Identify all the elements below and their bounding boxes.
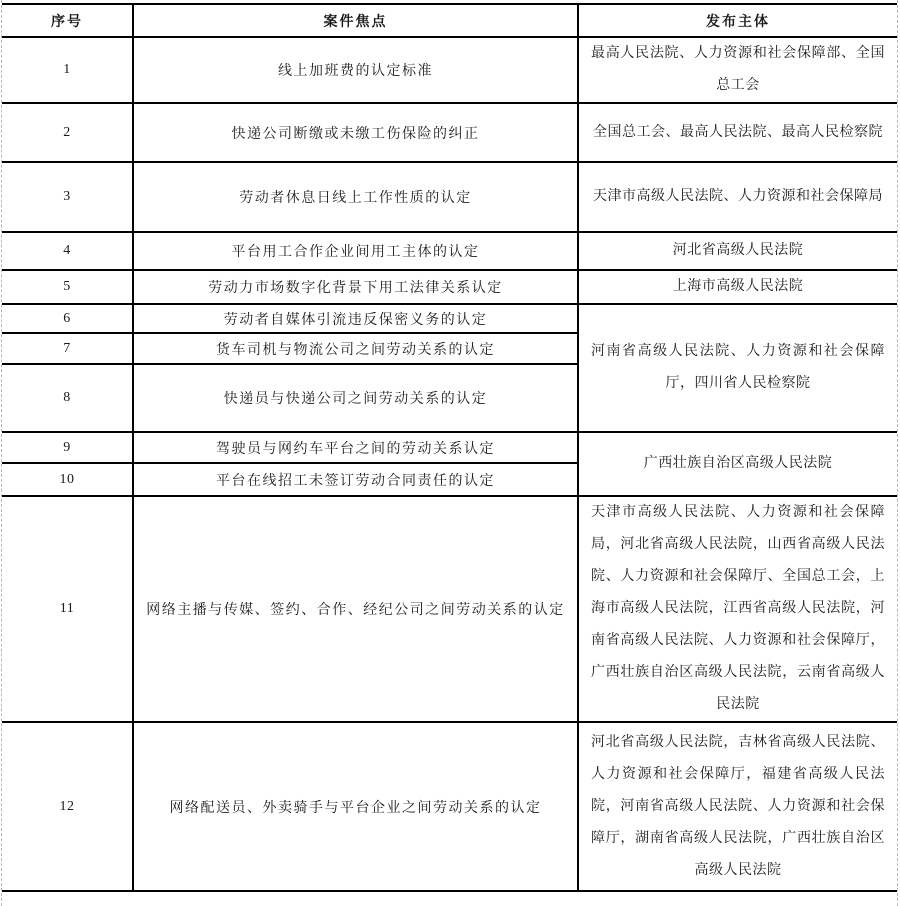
cell-focus: 网络配送员、外卖骑手与平台企业之间劳动关系的认定 (133, 722, 578, 891)
cell-no: 7 (2, 333, 133, 364)
table-row: 4 平台用工合作企业间用工主体的认定 河北省高级人民法院 (2, 232, 897, 270)
table-row: 5 劳动力市场数字化背景下用工法律关系认定 上海市高级人民法院 (2, 270, 897, 304)
cell-focus: 驾驶员与网约车平台之间的劳动关系认定 (133, 432, 578, 463)
cell-no: 5 (2, 270, 133, 304)
table-row: 3 劳动者休息日线上工作性质的认定 天津市高级人民法院、人力资源和社会保障局 (2, 162, 897, 232)
table-row: 12 网络配送员、外卖骑手与平台企业之间劳动关系的认定 河北省高级人民法院，吉林… (2, 722, 897, 891)
cell-no: 11 (2, 496, 133, 722)
cell-publisher: 最高人民法院、人力资源和社会保障部、全国总工会 (578, 37, 897, 103)
page-gridline-right (897, 0, 898, 906)
table-row: 1 线上加班费的认定标准 最高人民法院、人力资源和社会保障部、全国总工会 (2, 37, 897, 103)
cell-publisher: 河北省高级人民法院 (578, 232, 897, 270)
cell-focus: 平台用工合作企业间用工主体的认定 (133, 232, 578, 270)
cell-focus: 劳动者休息日线上工作性质的认定 (133, 162, 578, 232)
cell-focus: 劳动力市场数字化背景下用工法律关系认定 (133, 270, 578, 304)
cell-focus: 线上加班费的认定标准 (133, 37, 578, 103)
cell-no: 12 (2, 722, 133, 891)
cases-table: 序号 案件焦点 发布主体 1 线上加班费的认定标准 最高人民法院、人力资源和社会… (2, 3, 897, 892)
cell-no: 10 (2, 463, 133, 496)
cell-publisher: 天津市高级人民法院、人力资源和社会保障局 (578, 162, 897, 232)
cell-focus: 快递公司断缴或未缴工伤保险的纠正 (133, 103, 578, 162)
table-row: 6 劳动者自媒体引流违反保密义务的认定 河南省高级人民法院、人力资源和社会保障厅… (2, 304, 897, 333)
cell-publisher: 天津市高级人民法院、人力资源和社会保障局，河北省高级人民法院，山西省高级人民法院… (578, 496, 897, 722)
cell-no: 1 (2, 37, 133, 103)
cell-focus: 劳动者自媒体引流违反保密义务的认定 (133, 304, 578, 333)
cell-publisher: 全国总工会、最高人民法院、最高人民检察院 (578, 103, 897, 162)
header-cell-focus: 案件焦点 (133, 4, 578, 37)
document-page: 序号 案件焦点 发布主体 1 线上加班费的认定标准 最高人民法院、人力资源和社会… (0, 0, 900, 906)
cell-focus: 平台在线招工未签订劳动合同责任的认定 (133, 463, 578, 496)
header-row: 序号 案件焦点 发布主体 (2, 4, 897, 37)
header-cell-no: 序号 (2, 4, 133, 37)
cell-no: 2 (2, 103, 133, 162)
cell-focus: 网络主播与传媒、签约、合作、经纪公司之间劳动关系的认定 (133, 496, 578, 722)
table-row: 11 网络主播与传媒、签约、合作、经纪公司之间劳动关系的认定 天津市高级人民法院… (2, 496, 897, 722)
cell-focus: 快递员与快递公司之间劳动关系的认定 (133, 364, 578, 432)
cell-no: 8 (2, 364, 133, 432)
table-row: 2 快递公司断缴或未缴工伤保险的纠正 全国总工会、最高人民法院、最高人民检察院 (2, 103, 897, 162)
cell-no: 9 (2, 432, 133, 463)
cell-no: 4 (2, 232, 133, 270)
cell-no: 6 (2, 304, 133, 333)
header-cell-publisher: 发布主体 (578, 4, 897, 37)
cell-no: 3 (2, 162, 133, 232)
cell-publisher: 河北省高级人民法院，吉林省高级人民法院、人力资源和社会保障厅，福建省高级人民法院… (578, 722, 897, 891)
cell-focus: 货车司机与物流公司之间劳动关系的认定 (133, 333, 578, 364)
cell-publisher-merged: 广西壮族自治区高级人民法院 (578, 432, 897, 496)
cell-publisher-merged: 河南省高级人民法院、人力资源和社会保障厅，四川省人民检察院 (578, 304, 897, 432)
cell-publisher: 上海市高级人民法院 (578, 270, 897, 304)
table-row: 9 驾驶员与网约车平台之间的劳动关系认定 广西壮族自治区高级人民法院 (2, 432, 897, 463)
